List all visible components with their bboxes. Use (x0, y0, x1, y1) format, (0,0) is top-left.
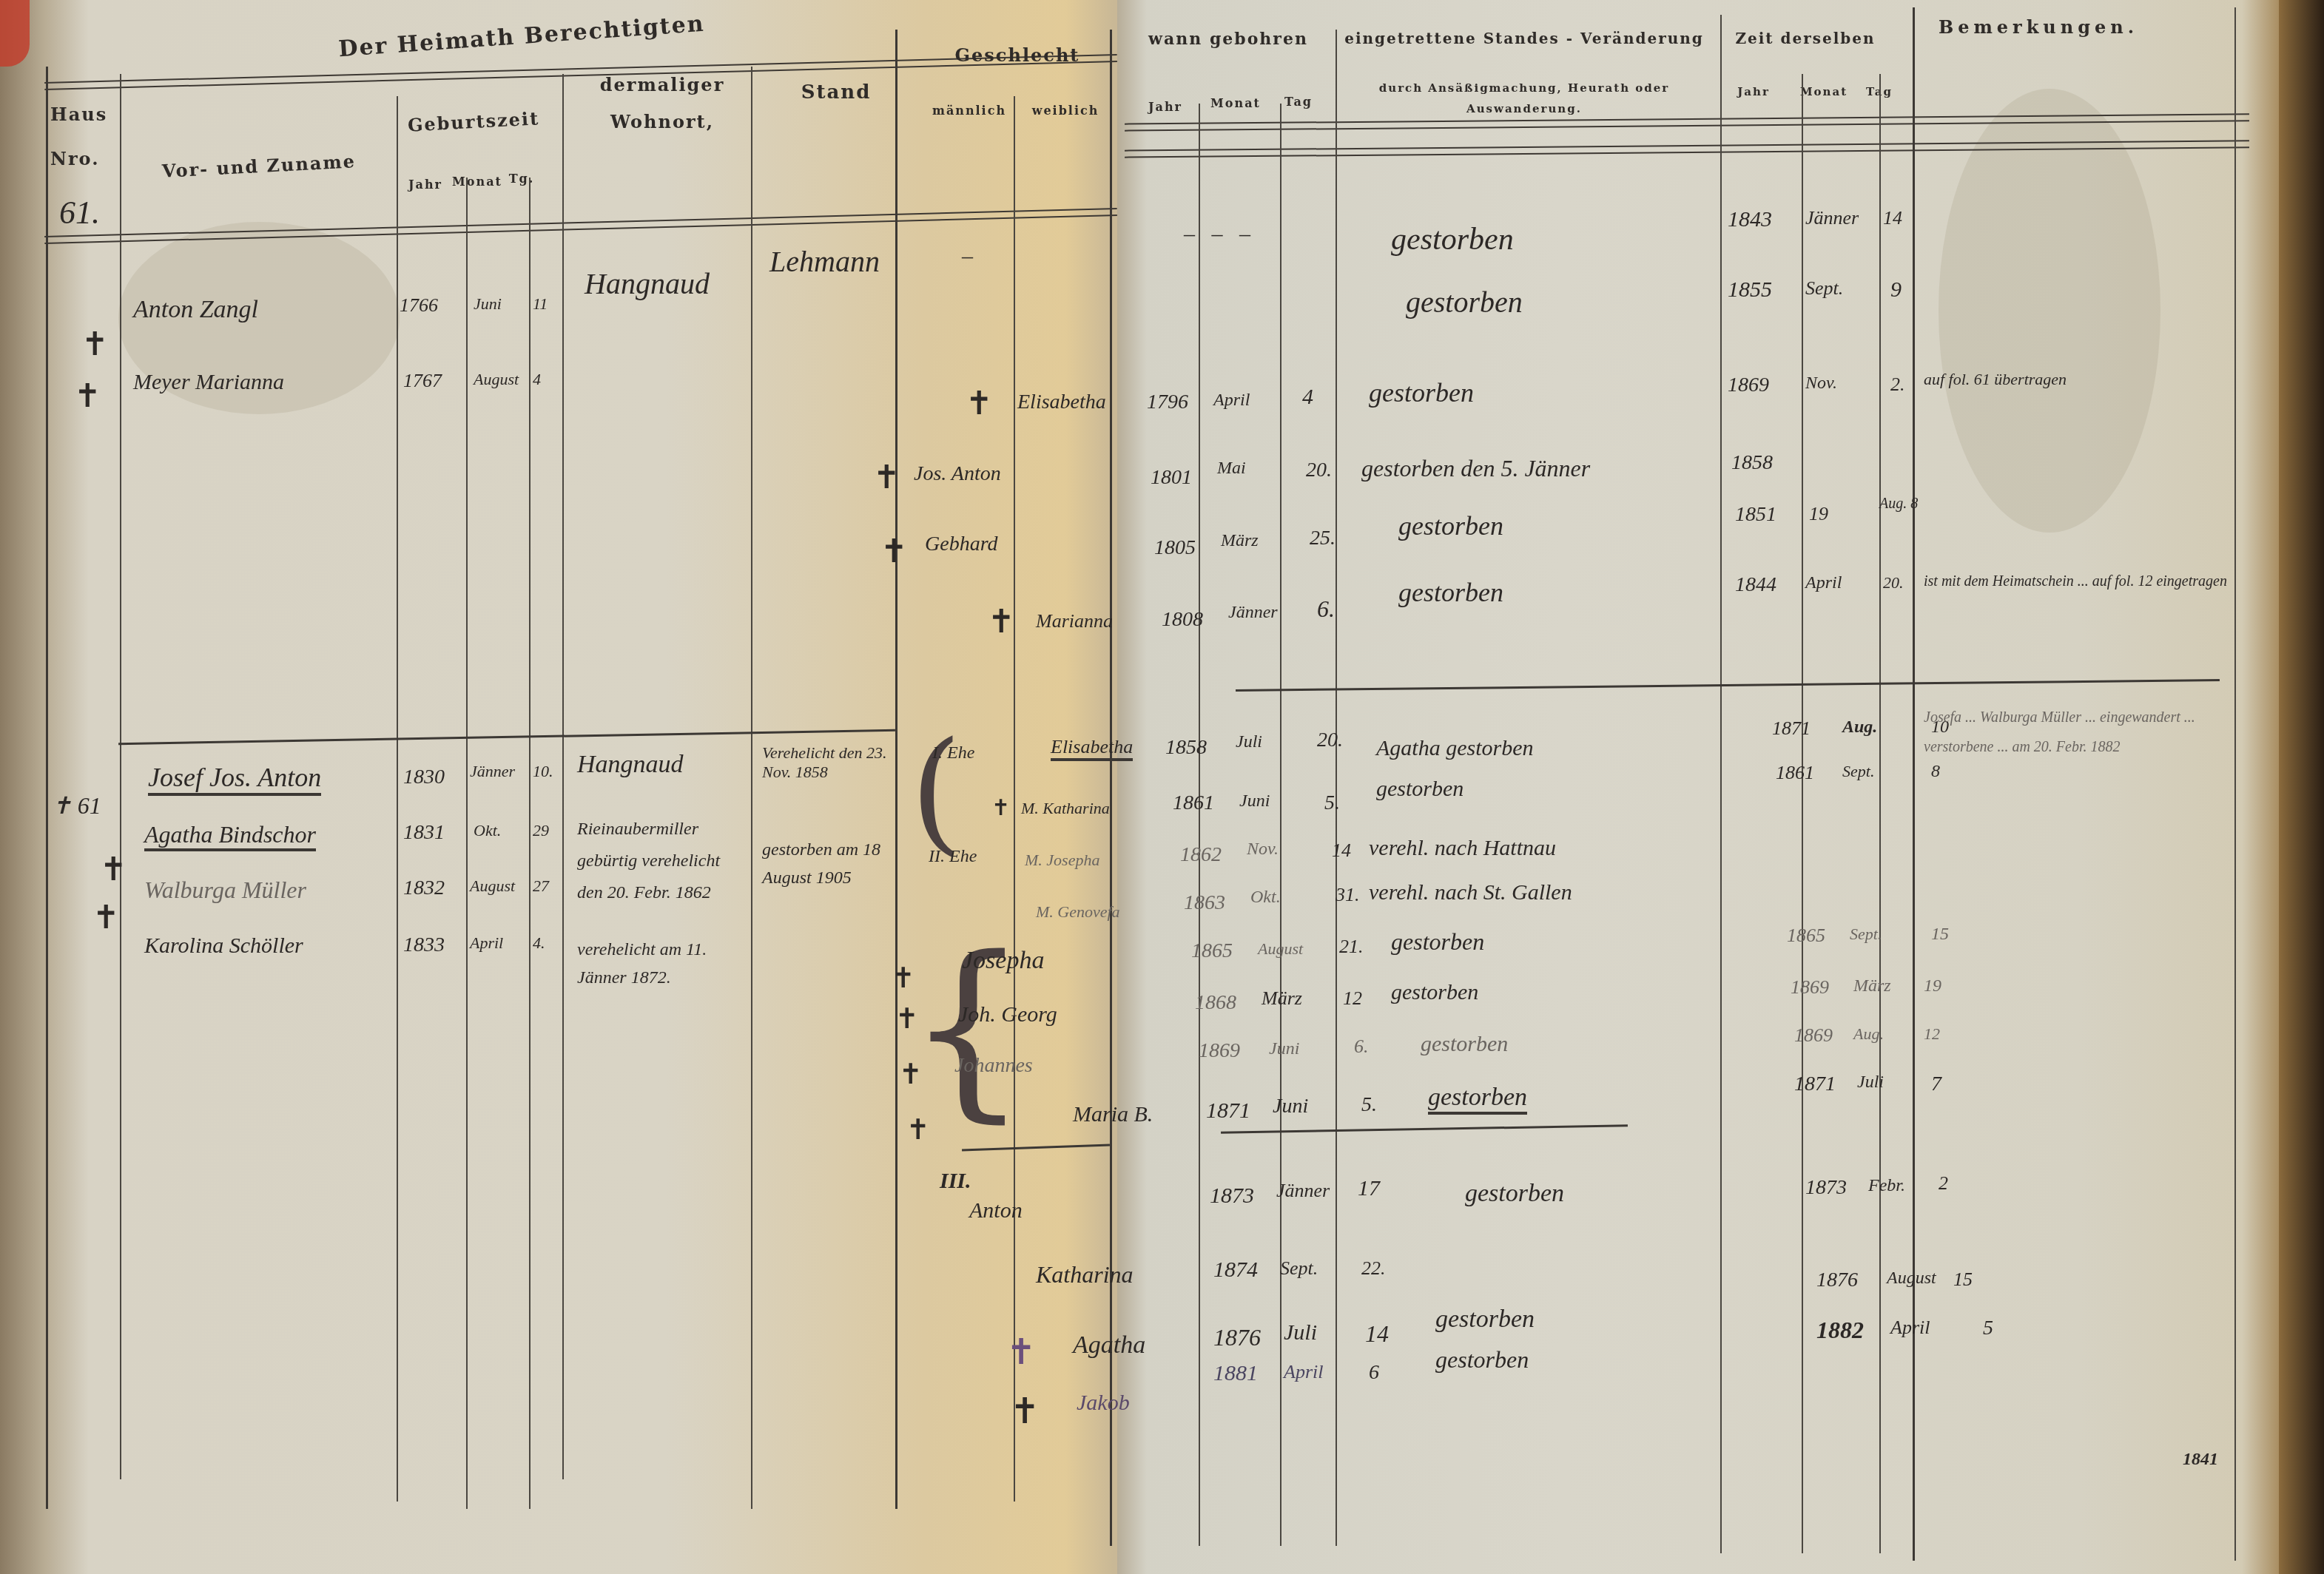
birth-day: 4 (1302, 385, 1313, 410)
child-name: Elisabetha (1017, 391, 1106, 414)
change-day: 8 (1931, 762, 1940, 782)
deceased-cross-icon: ✝ (873, 459, 900, 496)
birth-day: 25. (1310, 527, 1336, 550)
dash: – (962, 244, 973, 269)
birth-year: 1766 (400, 294, 438, 317)
change-day: 2 (1939, 1172, 1948, 1195)
change-year: 1869 (1791, 976, 1829, 999)
change-month: März (1853, 976, 1891, 996)
birth-month: Juni (1239, 791, 1270, 811)
status-change: gestorben (1406, 285, 1523, 320)
person-name: Josef Jos. Anton (148, 762, 321, 796)
male-header: männlich (925, 104, 1014, 118)
residence-note: Rieinaubermiller gebürtig verehelicht de… (577, 814, 747, 910)
column-rule (1336, 30, 1337, 1546)
born-day-header: Tag (1276, 95, 1321, 109)
change-year: 1865 (1787, 925, 1825, 947)
house-no-label: Haus (50, 104, 95, 125)
birth-day: 6. (1317, 595, 1335, 623)
status-change: gestorben (1435, 1306, 1535, 1334)
birth-month: April (1284, 1361, 1323, 1383)
change-day: 15 (1953, 1269, 1973, 1291)
female-header: weiblich (1021, 104, 1110, 118)
change-year: 1855 (1728, 277, 1772, 303)
change-year: 1882 (1816, 1317, 1864, 1344)
child-name: Johannes (954, 1054, 1033, 1078)
birth-month: Mai (1217, 459, 1246, 479)
birth-year: 1869 (1199, 1039, 1240, 1063)
change-month: 19 (1809, 503, 1828, 525)
person-name: Anton Zangl (133, 296, 258, 324)
page-number: 1841 (2183, 1450, 2218, 1470)
birth-month: August (474, 370, 519, 389)
change-year: 1869 (1794, 1024, 1833, 1047)
remarks-header: Bemerkungen. (1916, 16, 2160, 38)
paper-stain (1939, 89, 2160, 533)
change-month: April (1890, 1317, 1930, 1339)
deceased-cross-icon: ✝ (895, 1002, 919, 1035)
child-name: M. Josepha (1025, 851, 1099, 870)
change-year: 1871 (1794, 1073, 1836, 1096)
remark: auf fol. 61 übertragen (1924, 370, 2067, 389)
column-rule (466, 178, 468, 1509)
child-name: Josepha (962, 947, 1044, 975)
birth-day: 12 (1343, 987, 1362, 1010)
change-day: 7 (1931, 1073, 1941, 1096)
birth-day: 20. (1317, 729, 1343, 752)
house-number-marker: ✝ 61 (52, 791, 101, 820)
gutter-rule (1110, 30, 1112, 1546)
born-header: wann gebohren (1132, 30, 1324, 49)
change-month-header: Monat (1791, 85, 1857, 98)
birth-year: 1858 (1165, 736, 1207, 760)
birth-month: März (1262, 987, 1302, 1010)
status-change: Agatha gestorben (1376, 736, 1533, 761)
birth-month: Okt. (1250, 888, 1281, 908)
birth-year: 1801 (1151, 466, 1192, 490)
change-year: 1861 (1776, 762, 1814, 784)
deceased-cross-icon: ✝ (991, 795, 1010, 821)
child-name: Joh. Georg (958, 1002, 1057, 1027)
birth-day: 21. (1339, 936, 1364, 958)
status-change: verehl. nach St. Gallen (1369, 880, 1572, 905)
change-header: eingetrettene Standes - Veränderung (1332, 30, 1717, 47)
birth-day: 29 (533, 821, 549, 840)
status-note: gestorben am 18 August 1905 (762, 836, 895, 893)
residence: Hangnaud (577, 751, 684, 779)
change-month: August (1887, 1269, 1936, 1288)
column-rule (46, 67, 48, 1509)
change-month: Juli (1857, 1073, 1884, 1092)
birth-day: 10. (533, 762, 553, 781)
child-name: Katharina (1036, 1261, 1134, 1288)
birth-month: Sept. (1280, 1257, 1318, 1280)
change-year: 1873 (1805, 1176, 1847, 1200)
house-no-label-2: Nro. (50, 148, 95, 169)
birth-month: Juli (1284, 1320, 1317, 1345)
status-change: gestorben (1421, 1032, 1508, 1057)
change-year: 1869 (1728, 374, 1769, 397)
deceased-cross-icon: ✝ (892, 962, 915, 994)
birth-year: 1832 (403, 876, 445, 900)
birth-day: 17 (1358, 1176, 1380, 1201)
birth-year-header: Jahr (403, 178, 448, 192)
birth-month: Jänner (470, 762, 515, 781)
child-name: Jos. Anton (914, 462, 1001, 486)
birth-month: April (1213, 391, 1250, 411)
column-rule (1199, 104, 1200, 1546)
child-name: Agatha (1073, 1331, 1145, 1359)
change-year: 1871 (1772, 717, 1811, 740)
status-change: verehl. nach Hattnau (1369, 836, 1556, 861)
birth-day: 6. (1354, 1036, 1369, 1058)
change-month: Jänner (1805, 207, 1859, 229)
status-change: gestorben (1428, 1084, 1527, 1115)
column-rule (895, 30, 897, 1509)
deceased-cross-icon: ✝ (988, 603, 1015, 641)
child-name: Jakob (1077, 1391, 1130, 1416)
birth-year: 1796 (1147, 391, 1188, 414)
dash: – – – (1184, 222, 1250, 247)
birth-day: 31. (1336, 884, 1360, 906)
status-change: gestorben (1391, 928, 1484, 956)
change-day: 2. (1890, 374, 1905, 396)
change-month: Sept. (1805, 277, 1843, 300)
column-rule (1014, 96, 1015, 1502)
status-change: gestorben (1398, 510, 1503, 541)
status-change: gestorben (1398, 577, 1503, 608)
birth-month: Jänner (1228, 603, 1278, 623)
change-subheader-2: Auswanderung. (1332, 102, 1717, 115)
column-rule (529, 178, 531, 1509)
birth-month: März (1221, 531, 1259, 551)
birth-year: 1861 (1173, 791, 1214, 815)
change-day: 20. (1883, 573, 1904, 592)
birth-day: 22. (1361, 1257, 1386, 1280)
birth-day: 6 (1369, 1361, 1379, 1385)
birth-month: Juni (1273, 1095, 1308, 1118)
status-header: Stand (762, 81, 910, 104)
born-year-header: Jahr (1136, 100, 1195, 114)
marriage-prefix: II. Ehe (929, 847, 977, 867)
house-number: 61. (59, 194, 100, 232)
change-day: 9 (1890, 277, 1902, 303)
column-rule (1879, 74, 1881, 1553)
column-rule (1280, 104, 1281, 1546)
birth-day: 4. (533, 933, 545, 953)
child-name: Gebhard (925, 533, 998, 556)
sex-header: Geschlecht (925, 44, 1110, 66)
child-name: M. Genovefa (1036, 902, 1120, 922)
birth-year: 1863 (1184, 891, 1225, 915)
birth-day: 27 (533, 876, 549, 896)
column-rule (751, 67, 752, 1509)
marriage-prefix: III. (940, 1169, 971, 1194)
birth-month: Jänner (1276, 1180, 1330, 1202)
birth-month: Juni (1269, 1039, 1299, 1059)
residence-note: verehelicht am 11. Jänner 1872. (577, 936, 747, 993)
deceased-cross-icon: ✝ (1010, 1391, 1040, 1432)
birth-day: 11 (533, 294, 548, 314)
column-rule (1802, 74, 1803, 1553)
child-name: Elisabetha (1051, 736, 1133, 761)
birth-day: 5. (1324, 791, 1340, 815)
column-rule (562, 74, 564, 1479)
deceased-cross-icon: ✝ (906, 1113, 930, 1146)
change-month: Sept. (1842, 762, 1874, 781)
person-name: Karolina Schöller (144, 933, 303, 959)
birth-year: 1874 (1213, 1257, 1258, 1283)
person-name: Walburga Müller (144, 876, 306, 904)
deceased-cross-icon: ✝ (1006, 1331, 1036, 1373)
column-rule (397, 96, 398, 1502)
marriage-prefix: I. Ehe (932, 743, 974, 763)
child-name: Marianna (1036, 610, 1113, 632)
birth-year: 1833 (403, 933, 445, 957)
change-month: Aug. (1842, 717, 1877, 737)
change-year-header: Jahr (1720, 85, 1787, 98)
status: Lehmann (769, 244, 880, 279)
remark: ist mit dem Heimatschein ... auf fol. 12… (1924, 573, 2227, 590)
birth-month: August (470, 876, 515, 896)
change-date-header: Zeit derselben (1717, 30, 1894, 47)
change-month: Aug. (1853, 1024, 1884, 1044)
change-day: 5 (1983, 1317, 1993, 1340)
remark: Josefa ... Walburga Müller ... eingewand… (1924, 703, 2220, 762)
child-name: Maria B. (1073, 1102, 1153, 1127)
birth-year: 1881 (1213, 1361, 1258, 1386)
change-month: April (1805, 573, 1842, 593)
residence-header-2: Wohnort, (577, 111, 747, 132)
deceased-cross-icon: ✝ (81, 325, 109, 363)
birth-day: 20. (1306, 459, 1332, 482)
born-month-header: Monat (1199, 96, 1273, 110)
person-name: Agatha Bindschor (144, 821, 316, 851)
column-rule (1720, 15, 1722, 1553)
birth-month-header: Monat (451, 175, 503, 189)
deceased-cross-icon: ✝ (74, 377, 101, 415)
status-change: gestorben (1376, 777, 1464, 802)
change-day: 12 (1924, 1024, 1940, 1044)
change-day: 19 (1924, 976, 1941, 996)
child-name: M. Katharina (1021, 799, 1110, 818)
birth-year: 1865 (1191, 939, 1233, 963)
change-year: 1851 (1735, 503, 1776, 527)
column-rule (2234, 7, 2236, 1561)
status-change: gestorben (1465, 1180, 1564, 1208)
change-day: 15 (1931, 925, 1949, 945)
birth-year: 1862 (1180, 843, 1222, 867)
birth-month: Okt. (474, 821, 501, 840)
deceased-cross-icon: ✝ (880, 533, 908, 570)
birth-year: 1873 (1210, 1183, 1254, 1209)
column-rule (120, 74, 121, 1479)
change-year: 1843 (1728, 207, 1772, 232)
status-change: gestorben (1435, 1346, 1529, 1374)
deceased-cross-icon: ✝ (899, 1058, 923, 1090)
change-subheader: durch Ansäßigmachung, Heurath oder (1332, 81, 1717, 95)
birth-day: 4 (533, 370, 541, 389)
change-day: Aug. 8 (1879, 496, 1918, 513)
status: Verehelicht den 23. Nov. 1858 (762, 743, 888, 782)
birth-month: August (1258, 939, 1303, 959)
deceased-cross-icon: ✝ (100, 851, 127, 888)
birth-month: Juni (474, 294, 502, 314)
birth-month: April (470, 933, 503, 953)
birth-month: Juli (1236, 732, 1262, 752)
book-cover-edge (2279, 0, 2324, 1574)
change-year: 1876 (1816, 1269, 1858, 1292)
birth-day: 14 (1365, 1320, 1389, 1348)
birth-year: 1876 (1213, 1324, 1261, 1351)
change-year: 1858 (1731, 451, 1773, 475)
status-change: gestorben (1391, 222, 1514, 257)
birth-year: 1808 (1162, 608, 1203, 632)
birth-year: 1831 (403, 821, 445, 845)
person-name: Meyer Marianna (133, 370, 284, 395)
change-day: 14 (1883, 207, 1902, 229)
birth-year: 1830 (403, 766, 445, 789)
birth-month: Nov. (1247, 840, 1279, 859)
birth-day: 5. (1361, 1093, 1377, 1117)
deceased-cross-icon: ✝ (92, 899, 120, 936)
residence-header: dermaliger (577, 74, 747, 95)
birth-day: 14 (1332, 840, 1351, 862)
status-change: gestorben (1391, 980, 1478, 1005)
birth-day-header: Tg. (507, 172, 536, 186)
birth-year: 1871 (1206, 1098, 1250, 1124)
deceased-cross-icon: ✝ (966, 385, 993, 422)
ledger-spread: Der Heimath Berechtigten Haus Nro. 61. V… (0, 0, 2324, 1574)
status-change: gestorben den 5. Jänner (1361, 455, 1590, 482)
change-year: 1844 (1735, 573, 1776, 597)
birth-year: 1767 (403, 370, 442, 392)
change-month: Febr. (1868, 1176, 1905, 1196)
status-change: gestorben (1369, 377, 1474, 408)
child-name: Anton (969, 1198, 1023, 1223)
birth-year: 1868 (1195, 991, 1236, 1015)
change-month: Nov. (1805, 374, 1837, 393)
change-month: Sept. (1850, 925, 1882, 944)
red-bookmark (0, 0, 30, 67)
birth-year: 1805 (1154, 536, 1196, 560)
residence: Hangnaud (585, 266, 710, 301)
